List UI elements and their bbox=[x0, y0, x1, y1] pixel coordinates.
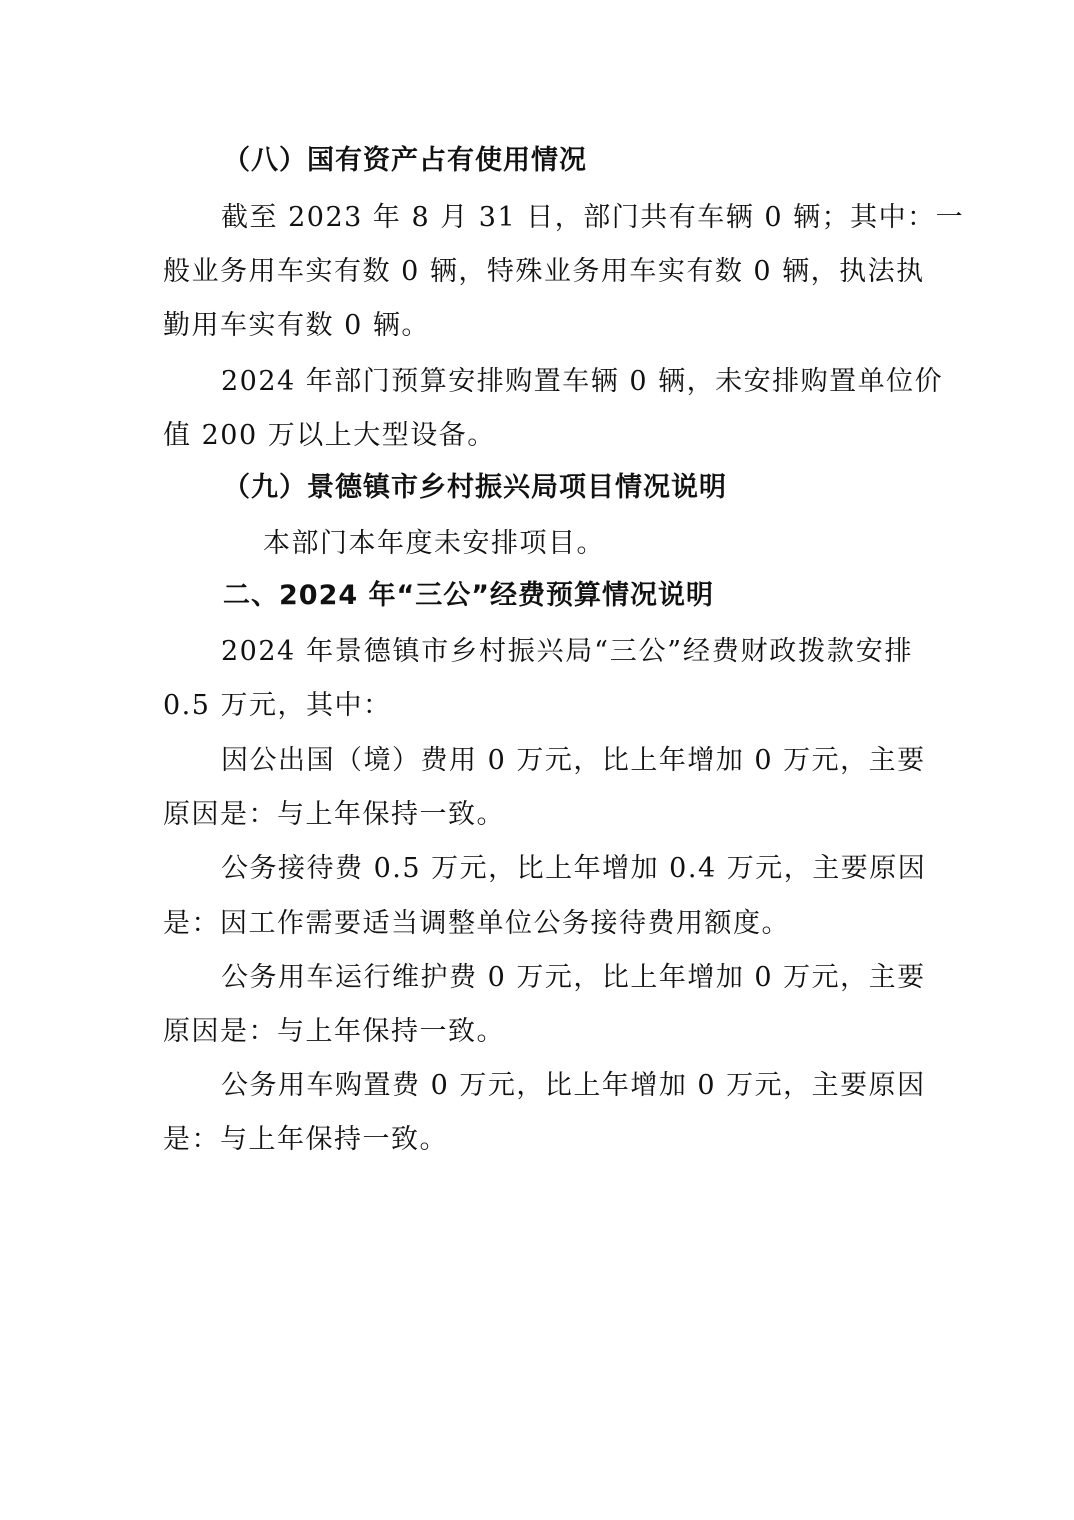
section-heading-projects: （九）景德镇市乡村振兴局项目情况说明 bbox=[223, 470, 727, 506]
paragraph-line: 公务接待费 0.5 万元，比上年增加 0.4 万元，主要原因 bbox=[221, 851, 913, 887]
paragraph-line: 因公出国（境）费用 0 万元，比上年增加 0 万元，主要 bbox=[221, 743, 913, 779]
paragraph-line: 2024 年景德镇市乡村振兴局“三公”经费财政拨款安排 bbox=[221, 634, 913, 670]
paragraph-line: 是：与上年保持一致。 bbox=[163, 1122, 448, 1158]
section-heading-three-public-expenses: 二、2024 年“三公”经费预算情况说明 bbox=[223, 578, 714, 614]
paragraph-line: 值 200 万以上大型设备。 bbox=[163, 418, 496, 454]
paragraph-line: 0.5 万元，其中： bbox=[163, 688, 392, 724]
paragraph-line: 截至 2023 年 8 月 31 日，部门共有车辆 0 辆；其中：一 bbox=[221, 200, 913, 236]
paragraph-line: 般业务用车实有数 0 辆，特殊业务用车实有数 0 辆，执法执 bbox=[163, 254, 913, 290]
paragraph-line: 本部门本年度未安排项目。 bbox=[263, 526, 605, 562]
paragraph-line: 公务用车运行维护费 0 万元，比上年增加 0 万元，主要 bbox=[221, 960, 913, 996]
paragraph-line: 原因是：与上年保持一致。 bbox=[163, 1014, 505, 1050]
paragraph-line: 原因是：与上年保持一致。 bbox=[163, 797, 505, 833]
paragraph-line: 是：因工作需要适当调整单位公务接待费用额度。 bbox=[163, 906, 790, 942]
paragraph-line: 2024 年部门预算安排购置车辆 0 辆，未安排购置单位价 bbox=[221, 364, 913, 400]
section-heading-state-assets: （八）国有资产占有使用情况 bbox=[223, 143, 587, 179]
paragraph-line: 勤用车实有数 0 辆。 bbox=[163, 308, 430, 344]
paragraph-line: 公务用车购置费 0 万元，比上年增加 0 万元，主要原因 bbox=[221, 1068, 913, 1104]
